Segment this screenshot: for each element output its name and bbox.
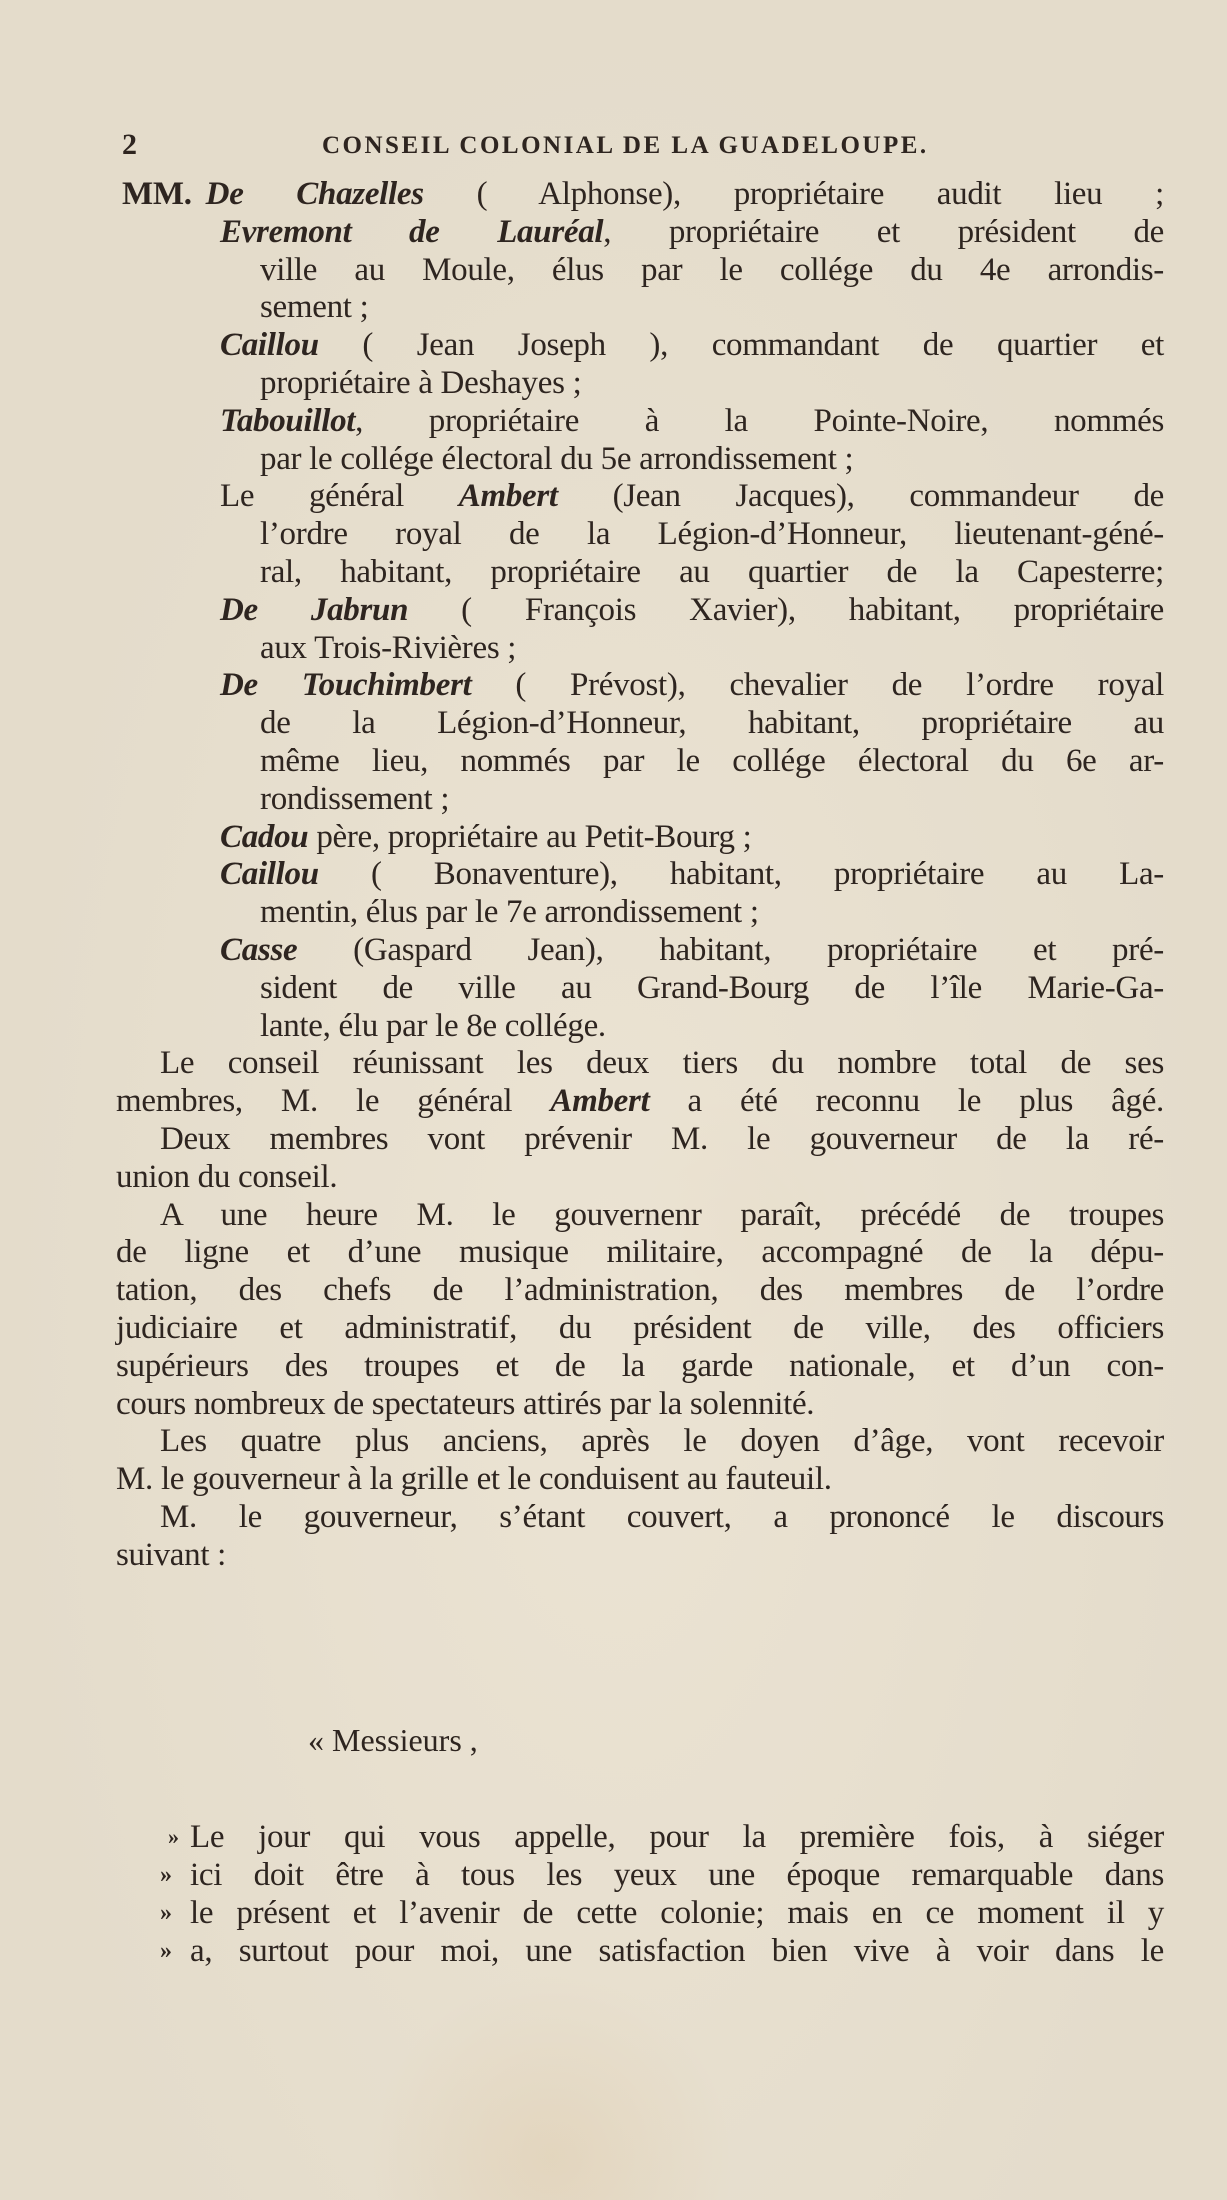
speech-line-text: Le jour qui vous appelle, pour la premiè… <box>190 1819 1164 1855</box>
member-description: ( Prévost), chevalier de l’ordre royal <box>471 667 1164 703</box>
member-continuation: de la Légion-d’Honneur, habitant, propri… <box>116 705 1164 743</box>
member-name: De Touchimbert <box>220 667 471 703</box>
paragraph-line: M. le gouverneur à la grille et le condu… <box>116 1461 1164 1499</box>
running-title: CONSEIL COLONIAL DE LA GUADELOUPE. <box>322 132 929 160</box>
member-continuation: mentin, élus par le 7e arrondissement ; <box>116 894 1164 932</box>
member-continuation: aux Trois-Rivières ; <box>116 630 1164 668</box>
member-continuation: par le collége électoral du 5e arrondiss… <box>116 441 1164 479</box>
member-description: (Jean Jacques), commandeur de <box>558 478 1164 514</box>
member-name: Caillou <box>220 327 319 363</box>
member-continuation: sident de ville au Grand-Bourg de l’île … <box>116 970 1164 1008</box>
speech-line: » ici doit être à tous les yeux une époq… <box>160 1856 1164 1894</box>
member-description: ( Bonaventure), habitant, propriétaire a… <box>319 856 1164 892</box>
member-continuation: ral, habitant, propriétaire au quartier … <box>116 554 1164 592</box>
paragraph-line: tation, des chefs de l’administration, d… <box>116 1272 1164 1310</box>
member-description: ( François Xavier), habitant, propriétai… <box>408 592 1164 628</box>
book-page: 2 CONSEIL COLONIAL DE LA GUADELOUPE. MM.… <box>0 0 1227 2200</box>
speech-line-text: ici doit être à tous les yeux une époque… <box>190 1857 1164 1893</box>
paragraph-line: de ligne et d’une musique militaire, acc… <box>116 1234 1164 1272</box>
member-name: Cadou <box>220 819 308 855</box>
member-line: MM.De Chazelles ( Alphonse), propriétair… <box>116 176 1164 214</box>
member-description: père, propriétaire au Petit-Bourg ; <box>308 819 751 855</box>
paragraph-line: Les quatre plus anciens, après le doyen … <box>116 1423 1164 1461</box>
member-name: De Chazelles <box>206 176 424 212</box>
paragraph-line: suivant : <box>116 1537 1164 1575</box>
member-name: Casse <box>220 932 297 968</box>
member-description: , propriétaire et président de <box>603 214 1164 250</box>
speech-line-text: le présent et l’avenir de cette colonie;… <box>190 1895 1164 1931</box>
paragraph-line: judiciaire et administratif, du présiden… <box>116 1310 1164 1348</box>
paragraph-line: A une heure M. le gouvernenr paraît, pré… <box>116 1197 1164 1235</box>
quote-mark: » <box>168 1818 179 1856</box>
paragraph-line: cours nombreux de spectateurs attirés pa… <box>116 1386 1164 1424</box>
speech-line: » Le jour qui vous appelle, pour la prem… <box>160 1818 1164 1856</box>
member-continuation: lante, élu par le 8e collége. <box>116 1008 1164 1046</box>
member-continuation: ville au Moule, élus par le collége du 4… <box>116 252 1164 290</box>
speech-line-text: a, surtout pour moi, une satisfaction bi… <box>190 1933 1164 1969</box>
member-continuation: sement ; <box>116 289 1164 327</box>
member-title: Le général <box>220 478 459 514</box>
member-continuation: même lieu, nommés par le collége élector… <box>116 743 1164 781</box>
member-line: Casse (Gaspard Jean), habitant, propriét… <box>116 932 1164 970</box>
member-name: Tabouillot <box>220 403 355 439</box>
running-head: 2 CONSEIL COLONIAL DE LA GUADELOUPE. <box>122 128 1172 164</box>
member-name: Evremont de Lauréal <box>220 214 603 250</box>
paragraph-line: union du conseil. <box>116 1159 1164 1197</box>
member-name: Caillou <box>220 856 319 892</box>
quote-mark: » <box>160 1894 172 1932</box>
quote-mark: » <box>160 1932 172 1970</box>
member-description: ( Alphonse), propriétaire audit lieu ; <box>424 176 1164 212</box>
member-line: Le général Ambert (Jean Jacques), comman… <box>116 478 1164 516</box>
member-continuation: propriétaire à Deshayes ; <box>116 365 1164 403</box>
speech-text: » Le jour qui vous appelle, pour la prem… <box>160 1818 1164 1970</box>
body-text: MM.De Chazelles ( Alphonse), propriétair… <box>116 176 1164 1574</box>
member-name: Ambert <box>550 1083 649 1119</box>
member-line: De Touchimbert ( Prévost), chevalier de … <box>116 667 1164 705</box>
members-prefix: MM. <box>122 176 192 212</box>
member-line: Evremont de Lauréal, propriétaire et pré… <box>116 214 1164 252</box>
member-name: Ambert <box>459 478 558 514</box>
member-name: De Jabrun <box>220 592 408 628</box>
member-continuation: l’ordre royal de la Légion-d’Honneur, li… <box>116 516 1164 554</box>
paragraph-line: supérieurs des troupes et de la garde na… <box>116 1348 1164 1386</box>
paragraph-line: membres, M. le général Ambert a été reco… <box>116 1083 1164 1121</box>
member-description: (Gaspard Jean), habitant, propriétaire e… <box>297 932 1164 968</box>
speech-line: » le présent et l’avenir de cette coloni… <box>160 1894 1164 1932</box>
paragraph-line: M. le gouverneur, s’étant couvert, a pro… <box>116 1499 1164 1537</box>
member-line: Cadou père, propriétaire au Petit-Bourg … <box>116 819 1164 857</box>
quote-mark: » <box>160 1856 172 1894</box>
member-description: ( Jean Joseph ), commandant de quartier … <box>319 327 1164 363</box>
member-line: Caillou ( Jean Joseph ), commandant de q… <box>116 327 1164 365</box>
member-line: Tabouillot, propriétaire à la Pointe-Noi… <box>116 403 1164 441</box>
member-line: De Jabrun ( François Xavier), habitant, … <box>116 592 1164 630</box>
speech-salutation: « Messieurs , <box>308 1722 478 1759</box>
member-description: , propriétaire à la Pointe-Noire, nommés <box>355 403 1164 439</box>
member-line: Caillou ( Bonaventure), habitant, propri… <box>116 856 1164 894</box>
page-number: 2 <box>122 128 137 162</box>
text-run: membres, M. le général <box>116 1083 550 1119</box>
member-continuation: rondissement ; <box>116 781 1164 819</box>
paragraph-line: Le conseil réunissant les deux tiers du … <box>116 1045 1164 1083</box>
speech-line: » a, surtout pour moi, une satisfaction … <box>160 1932 1164 1970</box>
text-run: a été reconnu le plus âgé. <box>649 1083 1164 1119</box>
paragraph-line: Deux membres vont prévenir M. le gouvern… <box>116 1121 1164 1159</box>
